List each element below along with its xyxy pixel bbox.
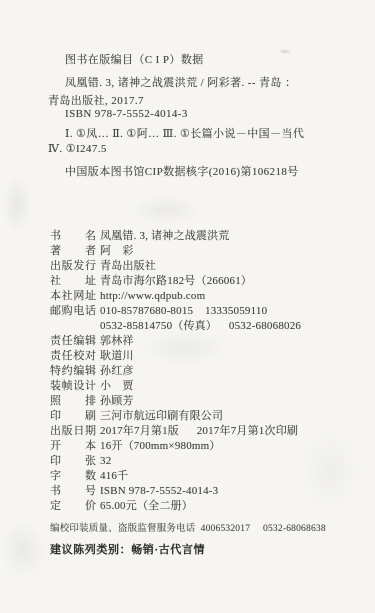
colophon-label: 特约编辑 xyxy=(50,364,96,379)
colophon-row-website: 本社网址 http://www.qdpub.com xyxy=(50,289,301,304)
cip-entry-line-1: 凤凰错. 3, 诸神之战震洪荒 / 阿彩著. -- 青岛 ： xyxy=(65,77,296,90)
colophon-row-format: 开本 16开（700mm×980mm） xyxy=(50,439,301,454)
colophon-row-sheets: 印张 32 xyxy=(50,454,301,469)
colophon-row-contributing-editor: 特约编辑 孙红彦 xyxy=(50,364,301,379)
scan-smudge xyxy=(278,49,292,54)
colophon-label: 责任校对 xyxy=(50,349,96,364)
cip-record-number: 中国版本图书馆CIP数据核字(2016)第106218号 xyxy=(65,166,299,179)
colophon-label: 书号 xyxy=(50,484,96,499)
colophon-row-price: 定价 65.00元（全二册） xyxy=(50,499,301,514)
colophon-row-address: 社址 青岛市海尔路182号（266061） xyxy=(50,274,301,289)
colophon-label: 社址 xyxy=(50,274,96,289)
colophon-value: 阿 彩 xyxy=(100,244,134,259)
colophon-row-proofreader: 责任校对 耿道川 xyxy=(50,349,301,364)
colophon-row-fax: 0532-85814750（传真） 0532-68068026 xyxy=(50,319,301,334)
colophon-value: 小 贾 xyxy=(100,379,134,394)
colophon-label: 装帧设计 xyxy=(50,379,96,394)
cip-isbn: ISBN 978-7-5552-4014-3 xyxy=(65,108,188,121)
colophon-row-title: 书名 凤凰错. 3, 诸神之战震洪荒 xyxy=(50,229,301,244)
colophon-label: 开本 xyxy=(50,439,96,454)
colophon-label: 著者 xyxy=(50,244,96,259)
colophon-label: 邮购电话 xyxy=(50,304,96,319)
colophon-row-designer: 装帧设计 小 贾 xyxy=(50,379,301,394)
quality-hotline-line: 编校印装质量、盗版监督服务电话 4006532017 0532-68068638 xyxy=(50,523,326,536)
colophon-value: 青岛出版社 xyxy=(100,259,156,274)
colophon-label: 印刷 xyxy=(50,409,96,424)
colophon-value: http://www.qdpub.com xyxy=(100,289,205,304)
scan-smudge xyxy=(130,195,200,225)
colophon-label: 印张 xyxy=(50,454,96,469)
cip-entry-line-2: 青岛出版社, 2017.7 xyxy=(48,95,144,108)
colophon-row-mail-order-phone: 邮购电话 010-85787680-8015 13335059110 xyxy=(50,304,301,319)
colophon-value: 青岛市海尔路182号（266061） xyxy=(100,274,252,289)
colophon-row-typesetting: 照排 孙顾芳 xyxy=(50,394,301,409)
cip-header: 图书在版编目（C I P）数据 xyxy=(65,54,204,67)
colophon-value: 010-85787680-8015 13335059110 xyxy=(100,304,267,319)
colophon-label: 责任编辑 xyxy=(50,334,96,349)
colophon-label: 出版日期 xyxy=(50,424,96,439)
cip-classification-line-2: Ⅳ. ①I247.5 xyxy=(48,143,107,156)
colophon-value: 三河市航远印刷有限公司 xyxy=(100,409,223,424)
colophon-label: 书名 xyxy=(50,229,96,244)
colophon-value: 32 xyxy=(100,454,111,469)
colophon-label: 照排 xyxy=(50,394,96,409)
scan-smudge xyxy=(300,430,360,510)
colophon-row-author: 著者 阿 彩 xyxy=(50,244,301,259)
colophon-value: 0532-85814750（传真） 0532-68068026 xyxy=(100,319,301,334)
colophon-row-publication-date: 出版日期 2017年7月第1版 2017年7月第1次印刷 xyxy=(50,424,301,439)
colophon-row-editor: 责任编辑 郭林祥 xyxy=(50,334,301,349)
colophon-block: 书名 凤凰错. 3, 诸神之战震洪荒 著者 阿 彩 出版发行 青岛出版社 社址 … xyxy=(50,229,301,514)
colophon-row-publisher: 出版发行 青岛出版社 xyxy=(50,259,301,274)
colophon-row-word-count: 字数 416千 xyxy=(50,469,301,484)
colophon-label: 本社网址 xyxy=(50,289,96,304)
copyright-page: 图书在版编目（C I P）数据 凤凰错. 3, 诸神之战震洪荒 / 阿彩著. -… xyxy=(0,0,375,613)
colophon-value: 2017年7月第1版 2017年7月第1次印刷 xyxy=(100,424,298,439)
colophon-label: 定价 xyxy=(50,499,96,514)
colophon-value: 孙顾芳 xyxy=(100,394,134,409)
colophon-row-isbn: 书号 ISBN 978-7-5552-4014-3 xyxy=(50,484,301,499)
colophon-value: 郭林祥 xyxy=(100,334,134,349)
colophon-value: 孙红彦 xyxy=(100,364,134,379)
colophon-value: 16开（700mm×980mm） xyxy=(100,439,221,454)
colophon-row-printer: 印刷 三河市航远印刷有限公司 xyxy=(50,409,301,424)
colophon-value: 凤凰错. 3, 诸神之战震洪荒 xyxy=(100,229,230,244)
scan-smudge xyxy=(0,520,46,580)
colophon-value: 耿道川 xyxy=(100,349,134,364)
colophon-value: ISBN 978-7-5552-4014-3 xyxy=(100,484,218,499)
colophon-label: 出版发行 xyxy=(50,259,96,274)
scan-smudge xyxy=(2,175,32,235)
colophon-value: 416千 xyxy=(100,469,128,484)
colophon-value: 65.00元（全二册） xyxy=(100,499,193,514)
cip-classification-line-1: Ⅰ. ①凤… Ⅱ. ①阿… Ⅲ. ①长篇小说－中国－当代 xyxy=(65,128,304,141)
colophon-label: 字数 xyxy=(50,469,96,484)
suggested-category-line: 建议陈列类别：畅销·古代言情 xyxy=(50,544,205,557)
